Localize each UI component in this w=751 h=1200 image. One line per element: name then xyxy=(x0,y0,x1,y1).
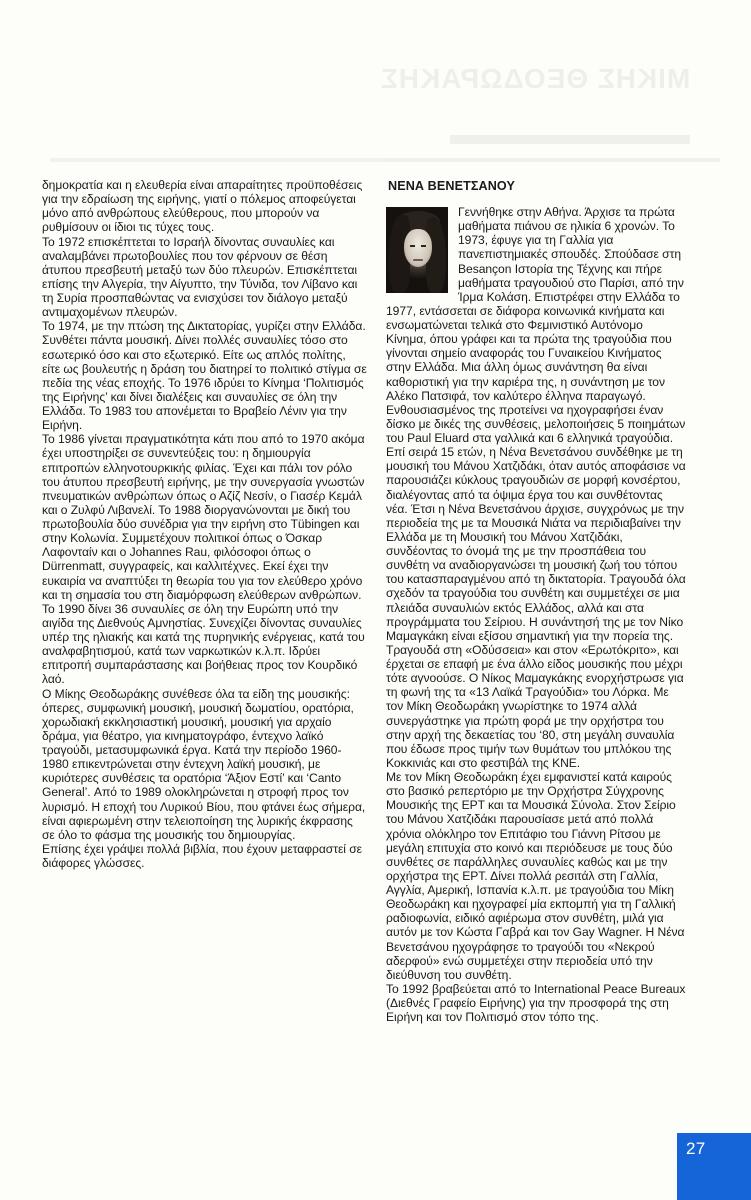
ghost-title: ΜΙΚΗΣ ΘΕΟΔΩΡΑΚΗΣ xyxy=(380,63,690,95)
right-column: ΝΕΝΑ ΒΕΝΕΤΣΑΝΟΥ Γεννήθηκε στην Αθήνα. Άρ… xyxy=(386,178,686,1024)
paragraph: Επίσης έχει γράψει πολλά βιβλία, που έχο… xyxy=(42,842,367,870)
left-column: δημοκρατία και η ελευθερία είναι απαραίτ… xyxy=(42,178,367,870)
section-heading: ΝΕΝΑ ΒΕΝΕΤΣΑΝΟΥ xyxy=(388,179,686,193)
page-number-box: 27 xyxy=(677,1133,751,1200)
paragraph: Με τον Μίκη Θεοδωράκη έχει εμφανιστεί κα… xyxy=(386,770,686,982)
paragraph: Ο Μίκης Θεοδωράκης συνέθεσε όλα τα είδη … xyxy=(42,687,367,842)
ghost-subtitle-bar xyxy=(450,135,690,144)
reverse-page-bleed-through: ΜΙΚΗΣ ΘΕΟΔΩΡΑΚΗΣ xyxy=(300,55,720,175)
paragraph: Το 1990 δίνει 36 συναυλίες σε όλη την Ευ… xyxy=(42,602,367,687)
page-number: 27 xyxy=(686,1139,706,1159)
paragraph: δημοκρατία και η ελευθερία είναι απαραίτ… xyxy=(42,178,367,235)
paragraph: Το 1972 επισκέπτεται το Ισραήλ δίνοντας … xyxy=(42,235,367,320)
ghost-rule xyxy=(50,158,720,162)
paragraph: Το 1974, με την πτώση της Δικτατορίας, γ… xyxy=(42,319,367,432)
paragraph: Το 1992 βραβεύεται από το International … xyxy=(386,982,686,1024)
paragraph: Το 1986 γίνεται πραγματικότητα κάτι που … xyxy=(42,432,367,602)
portrait-photo xyxy=(386,207,448,293)
